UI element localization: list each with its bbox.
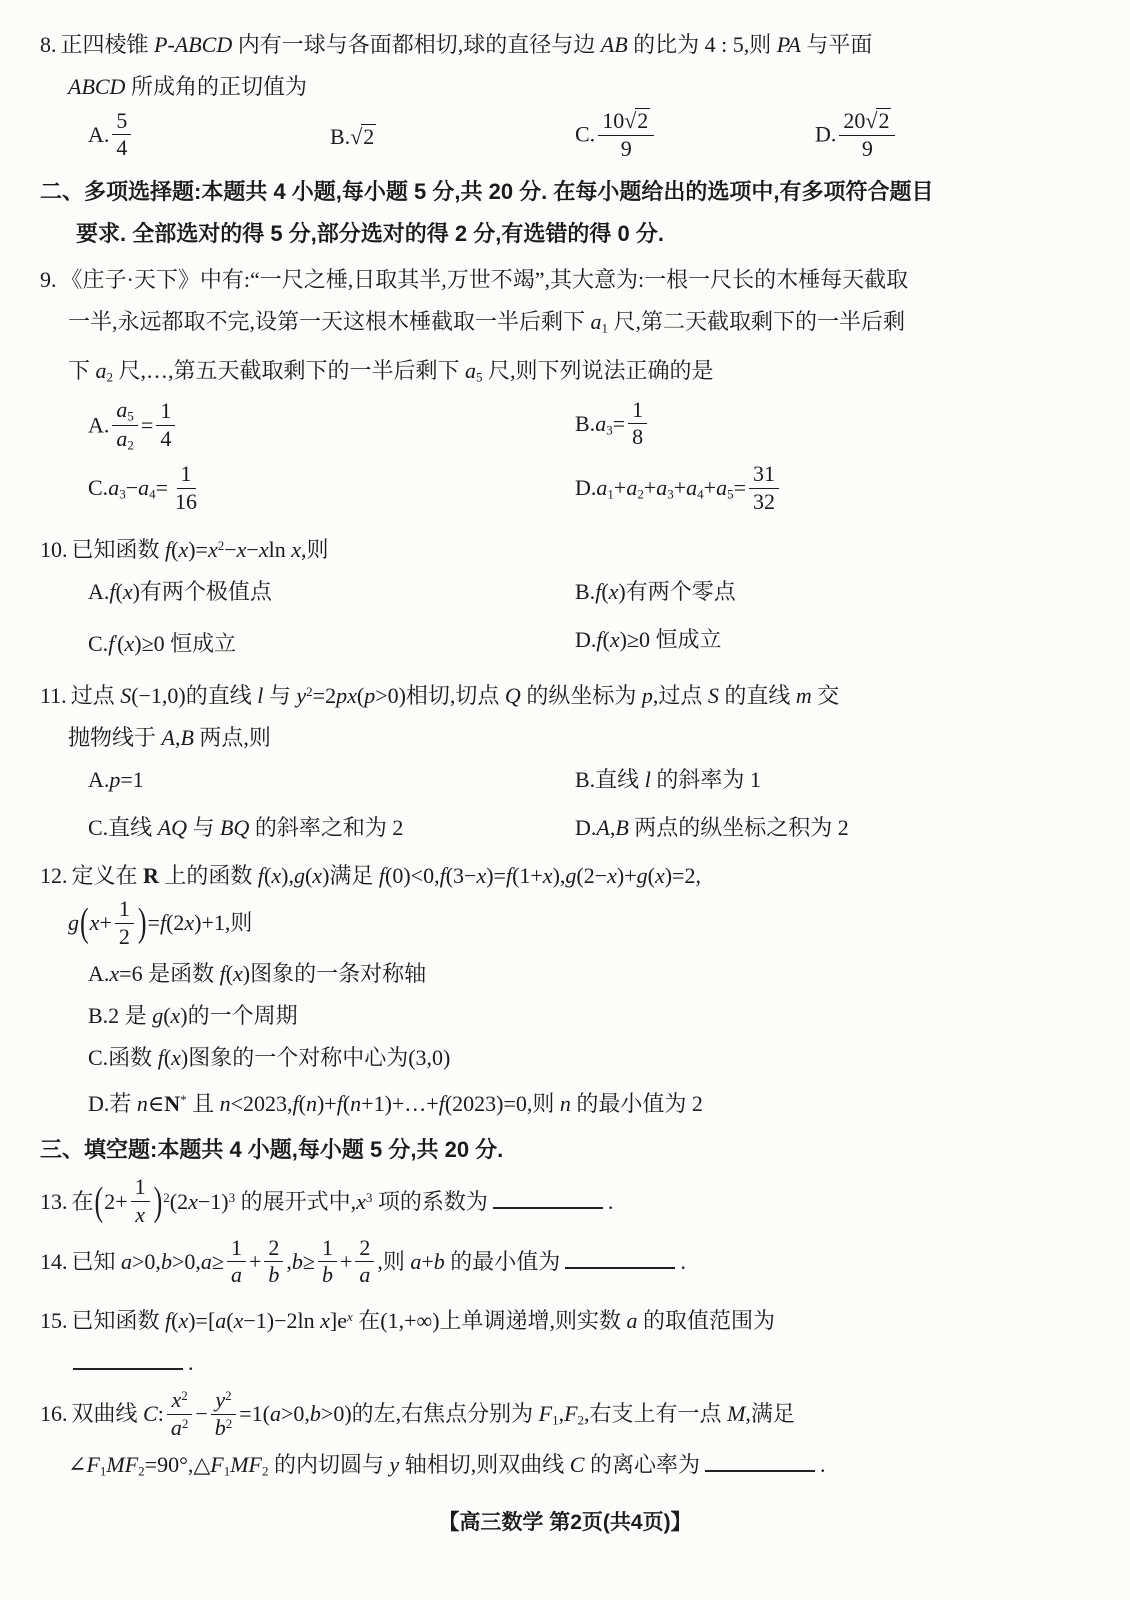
text-run: )有两个零点 — [618, 579, 735, 604]
math-var: C — [143, 1401, 158, 1426]
math-var: x — [233, 961, 243, 986]
section-3-header: 三、填空题:本题共 4 小题,每小题 5 分,共 20 分. — [40, 1131, 1094, 1169]
text-run: C. — [575, 122, 595, 147]
text-run: 31 — [753, 461, 775, 486]
text-run: C. — [88, 476, 108, 501]
math-var: x — [90, 910, 100, 935]
text-run: −1) — [198, 1189, 229, 1214]
text-run: ( — [116, 579, 123, 604]
math-var: b — [322, 1262, 333, 1287]
fraction: 1a — [227, 1236, 246, 1288]
text-run: >0, — [172, 1249, 201, 1274]
text-run: 项的系数为 — [372, 1189, 488, 1214]
text-run: )图象的一个对称中心为(3,0) — [181, 1045, 450, 1070]
math-var: a — [626, 476, 637, 501]
text-run: =1 — [120, 767, 143, 792]
text-run: >0)相切,切点 — [375, 683, 505, 708]
math-var: a — [108, 476, 119, 501]
answer-blank — [565, 1252, 675, 1269]
text-run: (2 — [166, 910, 184, 935]
exam-content: 8.正四棱锥 P-ABCD 内有一球与各面都相切,球的直径与边 AB 的比为 4… — [0, 0, 1130, 1491]
denominator: x — [131, 1202, 149, 1228]
text-run: (1+ — [512, 863, 543, 888]
text-run: ( — [226, 1308, 233, 1333]
text-run: 1 — [160, 398, 171, 423]
math-var: a — [656, 476, 667, 501]
superscript: 2 — [226, 1416, 233, 1431]
math-var: g — [152, 1003, 163, 1028]
question-text: 已知 a>0,b>0,a≥1a+2b,b≥1b+2a,则 a+b 的最小值为. — [72, 1249, 686, 1274]
text-run: D. — [575, 476, 596, 501]
text-run: − — [195, 1401, 207, 1426]
question-number: 16. — [40, 1401, 68, 1426]
question-text: 《庄子·天下》中有:“一尺之棰,日取其半,万世不竭”,其大意为:一根一尺长的木棰… — [61, 267, 909, 292]
option-d: D.f(x)≥0 恒成立 — [575, 621, 1094, 663]
numerator: 1 — [131, 1175, 150, 1202]
numerator: 2 — [264, 1236, 283, 1263]
math-var: x — [178, 537, 188, 562]
text-run: − — [126, 476, 138, 501]
question-11: 11.过点 S(−1,0)的直线 l 与 y2=2px(p>0)相切,切点 Q … — [40, 673, 1094, 847]
text-run: 双曲线 — [72, 1401, 144, 1426]
text-run: )+ — [617, 863, 637, 888]
sqrt: √2 — [350, 118, 376, 156]
question-number: 14. — [40, 1249, 68, 1274]
section-2-header: 二、多项选择题:本题共 4 小题,每小题 5 分,共 20 分. 在每小题给出的… — [40, 173, 1094, 253]
text-run: B. — [330, 124, 350, 149]
denominator: b — [264, 1262, 283, 1288]
text-run: ( — [603, 627, 610, 652]
page-footer: 【高三数学 第2页(共4页)】 — [0, 1506, 1130, 1536]
text-run: D. — [815, 122, 836, 147]
text-run: . — [820, 1452, 826, 1477]
math-var: MF — [230, 1452, 262, 1477]
math-var: a — [171, 1415, 182, 1440]
text-run: C.直线 — [88, 815, 158, 840]
radicand: 2 — [876, 108, 891, 133]
math-var: n — [306, 1091, 317, 1116]
math-var: x — [178, 1308, 188, 1333]
option-b: B.√2 — [330, 118, 575, 156]
math-var: px — [336, 683, 357, 708]
answer-blank — [493, 1192, 603, 1209]
text-run: 5 — [116, 108, 127, 133]
text-run: )+ — [317, 1091, 337, 1116]
math-var: a — [716, 476, 727, 501]
question-number: 9. — [40, 267, 57, 292]
question-15-line-2: . — [40, 1344, 1094, 1382]
text-run: − — [246, 537, 258, 562]
math-var: n — [220, 1091, 231, 1116]
numerator: 5 — [112, 109, 131, 136]
math-var: b — [434, 1249, 445, 1274]
text-run: <2023, — [231, 1091, 293, 1116]
math-var: g — [637, 863, 648, 888]
option-d: D.若 n∈N* 且 n<2023,f(n)+f(n+1)+…+f(2023)=… — [40, 1081, 1094, 1123]
text-run: ( — [648, 863, 655, 888]
numerator: 20√2 — [839, 108, 895, 136]
text-run: ( — [226, 961, 233, 986]
math-var: a — [96, 358, 107, 383]
denominator: 32 — [749, 489, 779, 515]
text-run: = — [141, 412, 153, 437]
question-10-options: A.f(x)有两个极值点 B.f(x)有两个零点 C.f′(x)≥0 恒成立 D… — [40, 573, 1094, 663]
text-run: 的内切圆与 — [269, 1452, 390, 1477]
math-var: x — [271, 863, 281, 888]
option-c: C.f′(x)≥0 恒成立 — [88, 621, 575, 663]
text-run: + — [674, 476, 686, 501]
math-var: a — [591, 309, 602, 334]
math-var: n — [350, 1091, 361, 1116]
question-number: 8. — [40, 32, 57, 57]
text-run: 1 — [632, 397, 643, 422]
math-var: F — [86, 1452, 99, 1477]
option-a: A.54 — [88, 111, 330, 163]
text-run: (2 — [170, 1189, 188, 1214]
text-run: )≥0 恒成立 — [134, 631, 236, 656]
answer-blank — [705, 1455, 815, 1472]
math-var: S — [120, 683, 131, 708]
math-var: a — [270, 1401, 281, 1426]
denominator: 9 — [858, 136, 877, 162]
math-var: ABCD — [68, 74, 125, 99]
text-run: 已知 — [72, 1249, 122, 1274]
text-run: . — [188, 1350, 194, 1375]
text-run: 2+ — [104, 1189, 127, 1214]
math-var: a — [116, 397, 127, 422]
math-var: x — [123, 579, 133, 604]
text-run: C. — [88, 631, 108, 656]
math-var: n — [137, 1091, 148, 1116]
text-run: + — [340, 1249, 352, 1274]
text-run: 的离心率为 — [584, 1452, 700, 1477]
question-12-line-1: 12.定义在 R 上的函数 f(x),g(x)满足 f(0)<0,f(3−x)=… — [40, 857, 1094, 895]
math-var: x — [188, 1189, 198, 1214]
question-number: 10. — [40, 537, 68, 562]
text-run: D.若 — [88, 1091, 137, 1116]
fraction: 2b — [264, 1236, 283, 1288]
math-var: y — [390, 1452, 400, 1477]
math-var: b — [161, 1249, 172, 1274]
text-run: 2 — [268, 1235, 279, 1260]
text-run: =2 — [313, 683, 336, 708]
text-run: B. — [575, 579, 595, 604]
text-run: )图象的一条对称轴 — [243, 961, 426, 986]
math-var: x — [609, 579, 619, 604]
text-run: ), — [553, 863, 566, 888]
fraction: 1b — [318, 1236, 337, 1288]
math-var: F — [539, 1401, 552, 1426]
text-run: 的最小值为 — [445, 1249, 561, 1274]
option-d: D.a1+a2+a3+a4+a5=3132 — [575, 464, 1094, 516]
text-run: ≥ — [212, 1249, 224, 1274]
text-run: 16 — [175, 489, 197, 514]
numerator: 1 — [115, 897, 134, 924]
text-run: = — [613, 411, 625, 436]
question-number: 12. — [40, 863, 68, 888]
math-var: x — [476, 863, 486, 888]
text-run: 9 — [621, 136, 632, 161]
text-run: 所成角的正切值为 — [125, 74, 307, 99]
option-c: C.函数 f(x)图象的一个对称中心为(3,0) — [40, 1039, 1094, 1077]
math-var: b — [292, 1249, 303, 1274]
text-run: >0, — [281, 1401, 310, 1426]
text-run: . — [680, 1249, 686, 1274]
question-13: 13.在(2+1x)2(2x−1)3 的展开式中,x3 项的系数为. — [40, 1177, 1094, 1229]
text-run: B. — [575, 411, 595, 436]
text-run: = — [734, 476, 746, 501]
text-run: 已知函数 — [72, 1308, 166, 1333]
math-var: x — [184, 910, 194, 935]
math-var: x — [655, 863, 665, 888]
option-b: B.a3=18 — [575, 400, 1094, 455]
numerator: 31 — [749, 462, 779, 489]
question-text: 过点 S(−1,0)的直线 l 与 y2=2px(p>0)相切,切点 Q 的纵坐… — [71, 683, 840, 708]
text-run: ( — [299, 1091, 306, 1116]
question-8-options: A.54 B.√2 C.10√29 D.20√29 — [40, 110, 1094, 163]
math-var: Q — [505, 683, 521, 708]
text-run: 1 — [135, 1174, 146, 1199]
text-run: ( — [163, 1003, 170, 1028]
text-run: (0)<0, — [385, 863, 440, 888]
math-var: x — [135, 1202, 145, 1227]
math-var: A — [596, 815, 609, 840]
option-c: C.直线 AQ 与 BQ 的斜率之和为 2 — [88, 809, 575, 847]
math-var: A — [162, 725, 175, 750]
option-b: B.f(x)有两个零点 — [575, 573, 1094, 611]
bold-run: R — [143, 863, 159, 888]
denominator: 16 — [171, 489, 201, 515]
fraction: x2a2 — [167, 1388, 193, 1440]
math-var: a — [595, 411, 606, 436]
question-14: 14.已知 a>0,b>0,a≥1a+2b,b≥1b+2a,则 a+b 的最小值… — [40, 1238, 1094, 1290]
text-run: 与 — [263, 683, 296, 708]
denominator: 4 — [112, 135, 131, 161]
superscript: 2 — [225, 1388, 232, 1403]
text-run: + — [249, 1249, 261, 1274]
fraction: 14 — [156, 399, 175, 451]
text-run: 9 — [862, 136, 873, 161]
subscript: 5 — [127, 408, 134, 423]
text-run: ,过点 — [653, 683, 708, 708]
text-run: D. — [575, 627, 596, 652]
math-var: B — [180, 725, 193, 750]
question-9-options: A.a5a2=14 B.a3=18 C.a3−a4=116 D.a1+a2+a3… — [40, 400, 1094, 517]
math-var: PA — [777, 32, 801, 57]
math-var: p — [642, 683, 653, 708]
math-var: n — [560, 1091, 571, 1116]
option-a: A.p=1 — [88, 761, 575, 799]
text-run: A. — [88, 122, 109, 147]
math-var: a — [201, 1249, 212, 1274]
text-run: 一半,永远都取不完,设第一天这根木棰截取一半后剩下 — [68, 309, 591, 334]
text-run: ∈ — [148, 1091, 164, 1116]
text-run: D. — [575, 815, 596, 840]
denominator: 2 — [115, 924, 134, 950]
text-run: 正四棱锥 — [61, 32, 155, 57]
fraction: 20√29 — [839, 108, 895, 161]
text-run: )=2, — [665, 863, 701, 888]
option-c: C.a3−a4=116 — [88, 464, 575, 516]
question-text: 双曲线 C:x2a2−y2b2=1(a>0,b>0)的左,右焦点分别为 F1,F… — [72, 1401, 795, 1426]
math-var: p — [109, 767, 120, 792]
math-var: F — [210, 1452, 223, 1477]
text-run: )+1,则 — [194, 910, 252, 935]
fraction: 12 — [115, 897, 134, 949]
math-var: B — [615, 815, 628, 840]
question-text: 在(2+1x)2(2x−1)3 的展开式中,x3 项的系数为. — [72, 1189, 614, 1214]
math-var: a — [359, 1262, 370, 1287]
text-run: 4 — [160, 426, 171, 451]
math-var: a — [138, 476, 149, 501]
math-var: p — [364, 683, 375, 708]
question-9: 9.《庄子·天下》中有:“一尺之棰,日取其半,万世不竭”,其大意为:一根一尺长的… — [40, 261, 1094, 516]
math-var: x — [171, 1045, 181, 1070]
numerator: y2 — [211, 1388, 235, 1415]
text-run: - — [167, 32, 174, 57]
answer-blank — [73, 1353, 183, 1370]
text-run: 的展开式中, — [235, 1189, 356, 1214]
math-var: x — [208, 537, 218, 562]
math-var: b — [310, 1401, 321, 1426]
option-a: A.a5a2=14 — [88, 400, 575, 455]
text-run: 《庄子·天下》中有:“一尺之棰,日取其半,万世不竭”,其大意为:一根一尺长的木棰… — [61, 267, 909, 292]
text-run: >0)的左,右焦点分别为 — [321, 1401, 539, 1426]
text-run: >0, — [132, 1249, 161, 1274]
text-run: 32 — [753, 489, 775, 514]
text-run: 在(1,+∞)上单调递增,则实数 — [353, 1308, 627, 1333]
text-run: 内有一球与各面都相切,球的直径与边 — [232, 32, 601, 57]
text-run: 的比为 4 : 5,则 — [628, 32, 777, 57]
math-var: x — [320, 1308, 330, 1333]
math-var: x — [543, 863, 553, 888]
text-run: 的斜率为 1 — [651, 767, 761, 792]
question-8-line-1: 8.正四棱锥 P-ABCD 内有一球与各面都相切,球的直径与边 AB 的比为 4… — [40, 26, 1094, 64]
numerator: 1 — [177, 462, 196, 489]
text-run: 过点 — [71, 683, 121, 708]
text-run: )有两个极值点 — [133, 579, 272, 604]
text-run: 2 — [119, 924, 130, 949]
fraction: 2a — [355, 1236, 374, 1288]
sqrt: √2 — [624, 108, 650, 134]
text-run: 抛物线于 — [68, 725, 162, 750]
math-var: x — [356, 1189, 366, 1214]
text-run: 定义在 — [72, 863, 144, 888]
text-run: 的取值范围为 — [638, 1308, 776, 1333]
question-11-line-1: 11.过点 S(−1,0)的直线 l 与 y2=2px(p>0)相切,切点 Q … — [40, 673, 1094, 715]
math-var: x — [234, 1308, 244, 1333]
math-var: m — [796, 683, 812, 708]
section-2-line-2: 要求. 全部选对的得 5 分,部分选对的得 2 分,有选错的得 0 分. — [40, 215, 1094, 253]
sqrt: √2 — [865, 108, 891, 134]
text-run: (−1,0)的直线 — [131, 683, 257, 708]
denominator: a2 — [112, 426, 138, 453]
question-9-line-2: 一半,永远都取不完,设第一天这根木棰截取一半后剩下 a1 尺,第二天截取剩下的一… — [40, 303, 1094, 347]
text-run: ,满足 — [745, 1401, 795, 1426]
question-text: 定义在 R 上的函数 f(x),g(x)满足 f(0)<0,f(3−x)=f(1… — [72, 863, 701, 888]
fraction: 18 — [628, 398, 647, 450]
text-run: 2 — [637, 108, 648, 133]
text-run: ,则 — [301, 537, 329, 562]
text-run: 10 — [602, 108, 624, 133]
math-var: a — [215, 1308, 226, 1333]
math-var: AB — [601, 32, 628, 57]
question-16-line-2: ∠F1MF2=90°,△F1MF2 的内切圆与 y 轴相切,则双曲线 C 的离心… — [40, 1446, 1094, 1490]
text-run: 8 — [632, 424, 643, 449]
math-var: x — [237, 537, 247, 562]
question-10-line-1: 10.已知函数 f(x)=x2−x−xln x,则 — [40, 527, 1094, 569]
text-run: = — [148, 910, 160, 935]
big-paren: ( — [80, 903, 89, 943]
question-8-line-2: ABCD 所成角的正切值为 — [40, 68, 1094, 106]
question-11-line-2: 抛物线于 A,B 两点,则 — [40, 719, 1094, 757]
numerator: 1 — [318, 1236, 337, 1263]
text-run: 与平面 — [801, 32, 873, 57]
text-run: 2 — [359, 1235, 370, 1260]
fraction: a5a2 — [112, 398, 138, 453]
question-number: 15. — [40, 1308, 68, 1333]
text-run: )= — [486, 863, 506, 888]
question-13-line-1: 13.在(2+1x)2(2x−1)3 的展开式中,x3 项的系数为. — [40, 1177, 1094, 1229]
denominator: b2 — [211, 1415, 237, 1441]
text-run: ( — [601, 579, 608, 604]
denominator: 9 — [617, 136, 636, 162]
math-var: g — [294, 863, 305, 888]
math-var: x — [171, 1003, 181, 1028]
text-run: A. — [88, 579, 109, 604]
text-run: =1( — [239, 1401, 270, 1426]
text-run: 且 — [187, 1091, 220, 1116]
text-run: ), — [281, 863, 294, 888]
math-var: a — [686, 476, 697, 501]
denominator: a — [355, 1262, 374, 1288]
text-run: B.直线 — [575, 767, 645, 792]
question-14-line-1: 14.已知 a>0,b>0,a≥1a+2b,b≥1b+2a,则 a+b 的最小值… — [40, 1238, 1094, 1290]
radicand: 2 — [635, 108, 650, 133]
section-2-line-1: 二、多项选择题:本题共 4 小题,每小题 5 分,共 20 分. 在每小题给出的… — [40, 173, 1094, 211]
text-run: + — [704, 476, 716, 501]
bold-run: N — [164, 1091, 180, 1116]
math-var: x — [312, 863, 322, 888]
text-run: 尺,则下列说法正确的是 — [483, 358, 714, 383]
text-run: 的纵坐标为 — [521, 683, 642, 708]
denominator: a — [227, 1262, 246, 1288]
text-run: (2023)=0,则 — [445, 1091, 560, 1116]
question-text: 已知函数 f(x)=x2−x−xln x,则 — [72, 537, 329, 562]
question-10: 10.已知函数 f(x)=x2−x−xln x,则 A.f(x)有两个极值点 B… — [40, 527, 1094, 663]
numerator: x2 — [167, 1388, 191, 1415]
math-var: BQ — [220, 815, 249, 840]
text-run: 的斜率之和为 2 — [249, 815, 403, 840]
question-16-line-1: 16.双曲线 C:x2a2−y2b2=1(a>0,b>0)的左,右焦点分别为 F… — [40, 1390, 1094, 1442]
text-run: C.函数 — [88, 1045, 158, 1070]
text-run: ∠ — [68, 1452, 86, 1477]
math-var: x — [607, 863, 617, 888]
question-15: 15.已知函数 f(x)=[a(x−1)−2ln x]ex 在(1,+∞)上单调… — [40, 1298, 1094, 1382]
text-run: 1 — [322, 1235, 333, 1260]
text-run: 下 — [68, 358, 96, 383]
text-run: =90°,△ — [145, 1452, 211, 1477]
radicand: 2 — [361, 124, 376, 149]
option-a: A.x=6 是函数 f(x)图象的一条对称轴 — [40, 955, 1094, 993]
denominator: 8 — [628, 424, 647, 450]
text-run: 的最小值为 2 — [571, 1091, 703, 1116]
math-var: b — [268, 1262, 279, 1287]
math-var: y — [215, 1387, 225, 1412]
math-var: MF — [106, 1452, 138, 1477]
text-run: 两点,则 — [194, 725, 271, 750]
text-run: A. — [88, 412, 109, 437]
